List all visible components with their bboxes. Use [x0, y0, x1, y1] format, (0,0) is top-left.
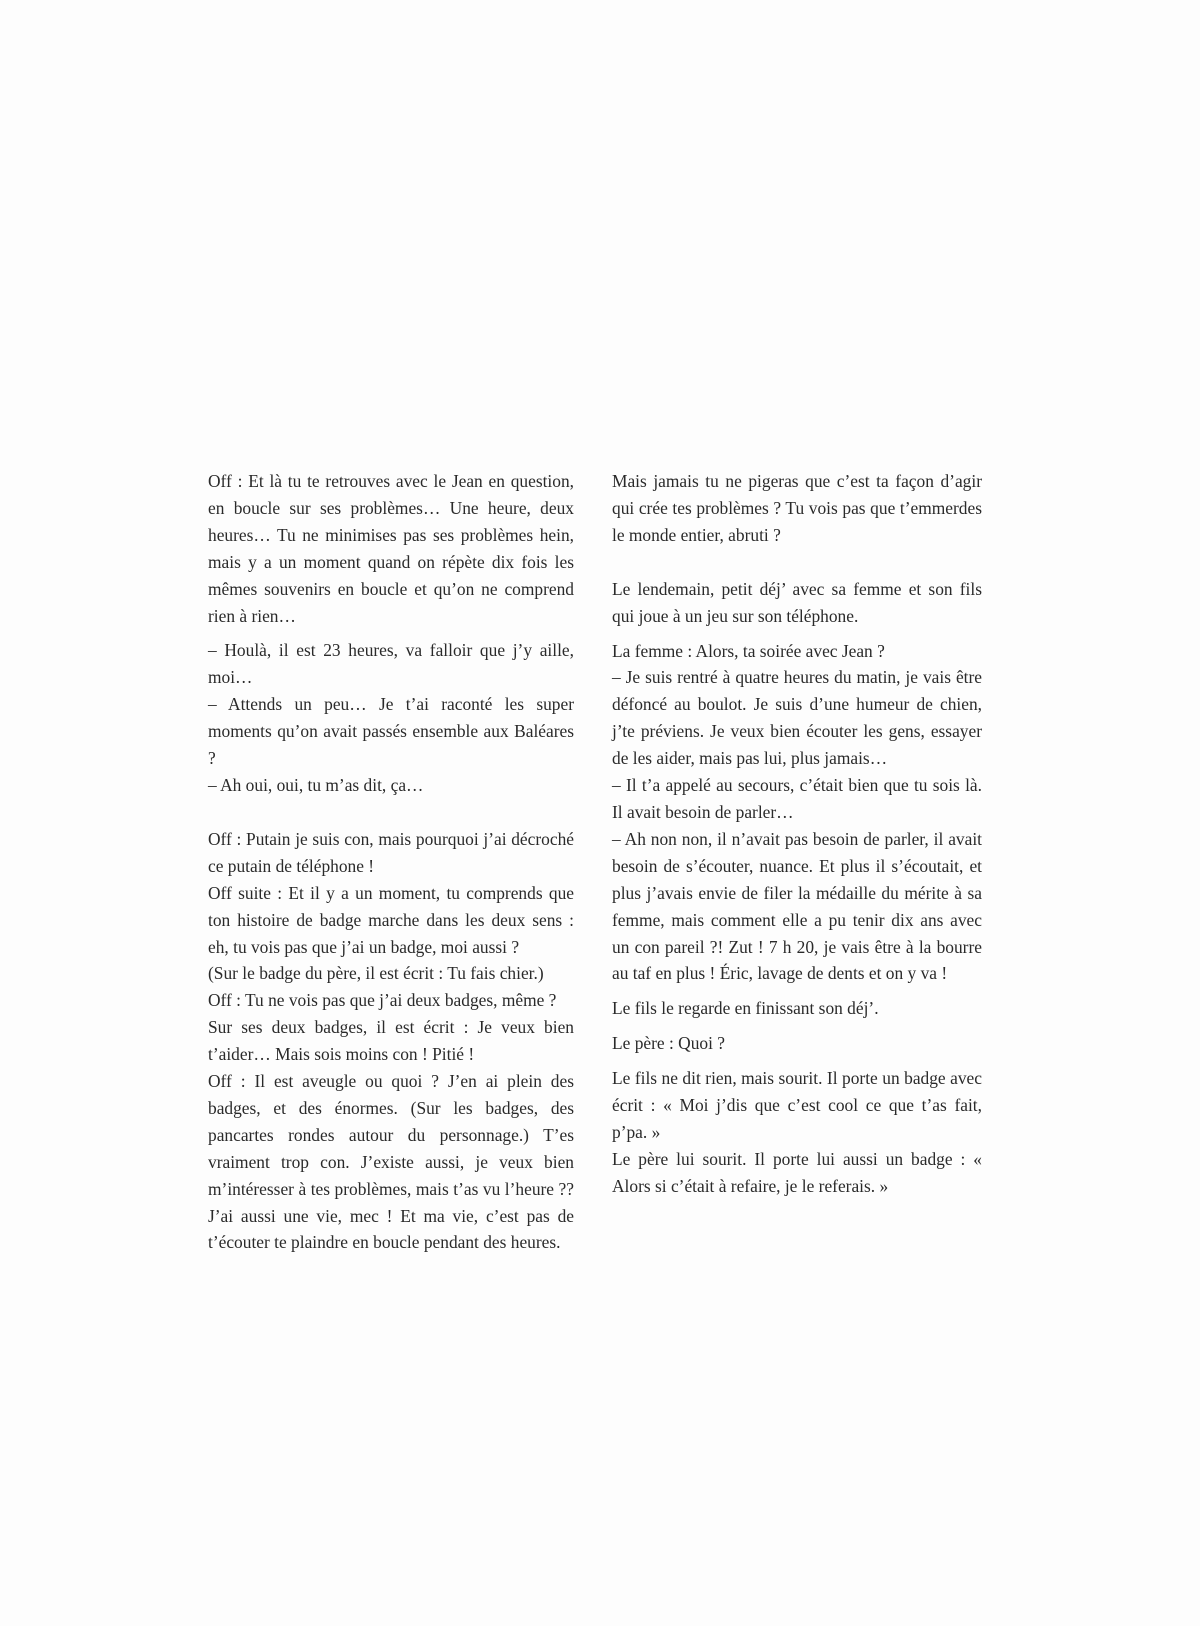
paragraph-badges-final: Le fils ne dit rien, mais sourit. Il por… [612, 1065, 982, 1200]
paragraph-femme-dialogue: La femme : Alors, ta soirée avec Jean ? … [612, 638, 982, 988]
left-text-column: Off : Et là tu te retrouves avec le Jean… [208, 468, 574, 1256]
text-line: Sur ses deux badges, il est écrit : Je v… [208, 1014, 574, 1068]
paragraph-fils-regarde: Le fils le regarde en finissant son déj’… [612, 995, 982, 1022]
text-line: Mais jamais tu ne pigeras que c’est ta f… [612, 468, 982, 549]
text-line: – Ah non non, il n’avait pas besoin de p… [612, 826, 982, 987]
right-text-column: Mais jamais tu ne pigeras que c’est ta f… [612, 468, 982, 1200]
text-line: Off : Il est aveugle ou quoi ? J’en ai p… [208, 1068, 574, 1256]
text-line: – Je suis rentré à quatre heures du mati… [612, 664, 982, 772]
text-line: Off : Putain je suis con, mais pourquoi … [208, 826, 574, 880]
text-line: – Il t’a appelé au secours, c’était bien… [612, 772, 982, 826]
text-line: Le lendemain, petit déj’ avec sa femme e… [612, 576, 982, 630]
text-line: – Attends un peu… Je t’ai raconté les su… [208, 691, 574, 772]
text-line: Off suite : Et il y a un moment, tu comp… [208, 880, 574, 961]
text-line: Le père : Quoi ? [612, 1030, 982, 1057]
text-line: Le fils le regarde en finissant son déj’… [612, 995, 982, 1022]
paragraph-lendemain: Le lendemain, petit déj’ avec sa femme e… [612, 576, 982, 630]
text-line: Le père lui sourit. Il porte lui aussi u… [612, 1146, 982, 1200]
paragraph-dialogue-23h: – Houlà, il est 23 heures, va falloir qu… [208, 637, 574, 798]
text-line: Off : Et là tu te retrouves avec le Jean… [208, 468, 574, 629]
paragraph-pere-quoi: Le père : Quoi ? [612, 1030, 982, 1057]
text-line: Off : Tu ne vois pas que j’ai deux badge… [208, 987, 574, 1014]
text-line: – Houlà, il est 23 heures, va falloir qu… [208, 637, 574, 691]
text-line: La femme : Alors, ta soirée avec Jean ? [612, 638, 982, 665]
paragraph-abruti: Mais jamais tu ne pigeras que c’est ta f… [612, 468, 982, 549]
text-line: (Sur le badge du père, il est écrit : Tu… [208, 960, 574, 987]
text-line: – Ah oui, oui, tu m’as dit, ça… [208, 772, 574, 799]
paragraph-off-jean: Off : Et là tu te retrouves avec le Jean… [208, 468, 574, 629]
paragraph-off-badges: Off : Putain je suis con, mais pourquoi … [208, 826, 574, 1257]
document-page: Off : Et là tu te retrouves avec le Jean… [0, 0, 1200, 1626]
text-line: Le fils ne dit rien, mais sourit. Il por… [612, 1065, 982, 1146]
